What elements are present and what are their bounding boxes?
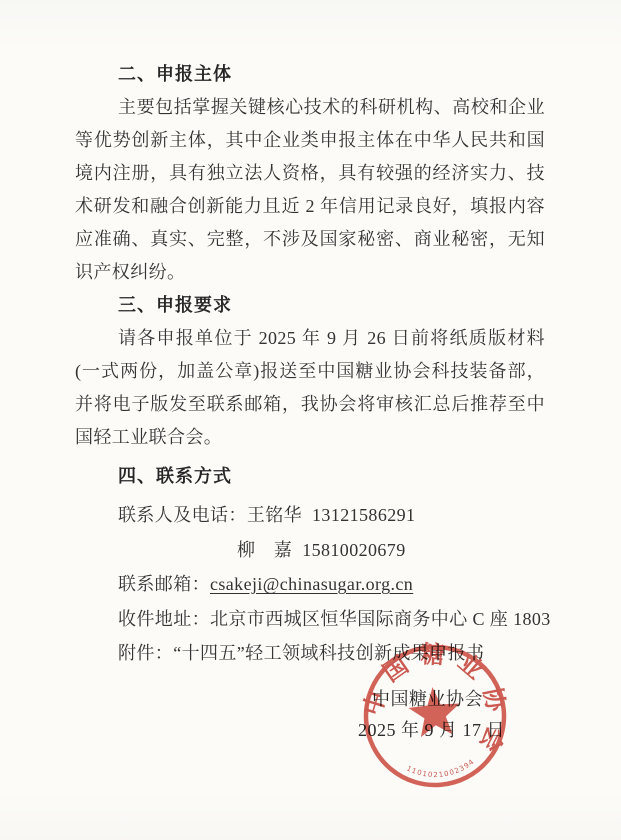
section-2-heading: 二、申报主体	[75, 58, 545, 91]
contact-email-line: 联系邮箱：csakeji@chinasugar.org.cn	[75, 567, 545, 602]
contact-email: csakeji@chinasugar.org.cn	[210, 574, 413, 594]
document-page: 二、申报主体 主要包括掌握关键核心技术的科研机构、高校和企业等优势创新主体，其中…	[0, 0, 621, 840]
contact-email-label: 联系邮箱：	[118, 574, 210, 594]
section-3-heading: 三、申报要求	[75, 289, 545, 322]
section-2-paragraph: 主要包括掌握关键核心技术的科研机构、高校和企业等优势创新主体，其中企业类申报主体…	[75, 91, 545, 289]
contact1-phone: 13121586291	[312, 505, 415, 525]
contact-address-label: 收件地址：	[118, 609, 210, 629]
attachment-label: 附件：	[118, 643, 173, 663]
official-seal: 中国糖业协会 11010210023942	[341, 622, 530, 811]
section-3-paragraph: 请各申报单位于 2025 年 9 月 26 日前将纸质版材料(一式两份，加盖公章…	[75, 322, 545, 454]
section-4-heading: 四、联系方式	[75, 460, 545, 493]
letter-body: 二、申报主体 主要包括掌握关键核心技术的科研机构、高校和企业等优势创新主体，其中…	[75, 58, 545, 671]
contact-phone-line-2: 柳 嘉15810020679	[75, 533, 545, 568]
contact2-name: 柳 嘉	[237, 540, 292, 560]
contact-phone-label: 联系人及电话：	[118, 505, 247, 525]
contact-phone-line-1: 联系人及电话：王铭华13121586291	[75, 498, 545, 533]
contact1-name: 王铭华	[247, 505, 302, 525]
contact2-phone: 15810020679	[302, 540, 405, 560]
seal-star	[407, 685, 462, 738]
